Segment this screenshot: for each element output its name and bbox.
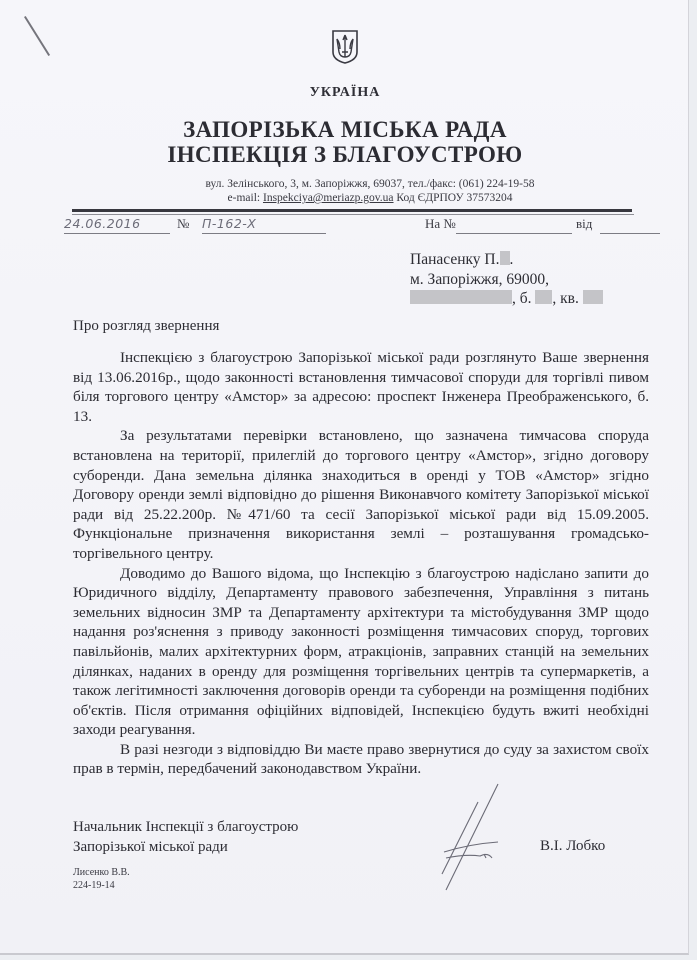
signatory-title-line2: Запорізької міської ради — [73, 838, 298, 858]
department-name: ІНСПЕКЦІЯ З БЛАГОУСТРОЮ — [0, 142, 690, 168]
house-label: , б. — [512, 290, 532, 307]
redacted-apartment — [583, 290, 603, 304]
recipient-name: Панасенку П. — [410, 251, 500, 268]
reference-date-label: від — [576, 216, 592, 232]
reference-number-label: На № — [425, 216, 456, 232]
letterhead-contacts: e-mail: Inspekciya@meriazp.gov.ua Код ЄД… — [0, 192, 697, 204]
trident-coat-of-arms-icon — [331, 30, 359, 64]
pen-mark — [24, 16, 50, 56]
organization-name: ЗАПОРІЗЬКА МІСЬКА РАДА — [0, 117, 690, 143]
period: . — [510, 251, 514, 268]
redacted-house — [535, 290, 552, 304]
recipient-street-line: , б. , кв. — [410, 289, 603, 309]
handwritten-signature-icon — [440, 782, 520, 892]
email-link[interactable]: Inspekciya@meriazp.gov.ua — [263, 192, 394, 204]
reference-number-blank — [456, 216, 572, 234]
registration-number: П-162-Х — [202, 216, 326, 234]
recipient-block: Панасенку П.. м. Запоріжжя, 69000, , б. … — [410, 250, 603, 309]
registration-number-label: № — [177, 216, 189, 232]
body-paragraph: Інспекцією з благоустрою Запорізької міс… — [73, 348, 649, 426]
email-label: e-mail: — [228, 192, 261, 204]
apartment-label: , кв. — [552, 290, 578, 307]
signatory-title: Начальник Інспекції з благоустрою Запорі… — [73, 818, 298, 857]
executor-phone: 224-19-14 — [73, 879, 130, 892]
signatory-name: В.І. Лобко — [540, 838, 605, 855]
recipient-name-line: Панасенку П.. — [410, 250, 603, 270]
letter-subject: Про розгляд звернення — [73, 318, 219, 335]
recipient-city: м. Запоріжжя, 69000, — [410, 270, 603, 290]
edrpou-code: Код ЄДРПОУ 37573204 — [396, 192, 512, 204]
redacted-street — [410, 290, 512, 304]
letterhead-address: вул. Зелінського, 3, м. Запоріжжя, 69037… — [0, 178, 697, 190]
registration-date: 24.06.2016 — [64, 216, 170, 234]
letter-body: Інспекцією з благоустрою Запорізької міс… — [73, 348, 649, 779]
executor-name: Лисенко В.В. — [73, 866, 130, 879]
body-paragraph: Доводимо до Вашого відома, що Інспекцію … — [73, 564, 649, 740]
executor-block: Лисенко В.В. 224-19-14 — [73, 866, 130, 892]
letterhead-divider — [72, 209, 632, 212]
country-name: УКРАЇНА — [0, 85, 690, 101]
reference-date-blank — [600, 216, 660, 234]
body-paragraph: В разі незгоди з відповіддю Ви маєте пра… — [73, 740, 649, 779]
signatory-title-line1: Начальник Інспекції з благоустрою — [73, 818, 298, 838]
registration-row: 24.06.2016 № П-162-Х На № від — [60, 214, 680, 236]
redacted-initial — [500, 251, 510, 265]
letter-page: УКРАЇНА ЗАПОРІЗЬКА МІСЬКА РАДА ІНСПЕКЦІЯ… — [0, 0, 689, 955]
body-paragraph: За результатами перевірки встановлено, щ… — [73, 426, 649, 563]
